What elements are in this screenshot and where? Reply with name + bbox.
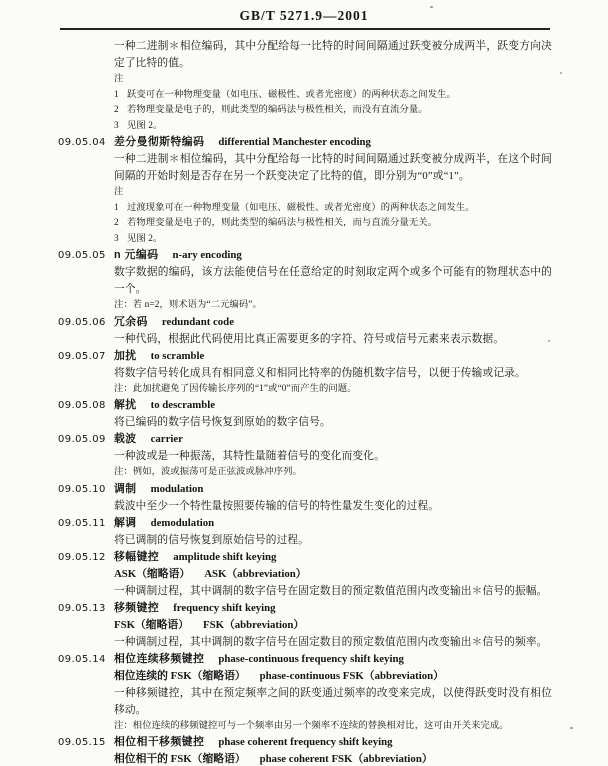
continued-term-entry: 一种二进制＊相位编码，其中分配给每一比特的时间间隔通过跃变被分成两半，跃变方向决… [58, 38, 552, 134]
note-item: 2若物理变量是电子的，则此类型的编码法与极性相关，而没有直流分量。 [114, 103, 552, 119]
term-number: 09.05.15 [58, 735, 112, 751]
term-name-english: carrier [151, 433, 183, 445]
definition-text: 载波中至少一个特性量按照要传输的信号的特性量发生变化的过程。 [114, 498, 552, 515]
term-heading: 调制modulation [114, 481, 552, 498]
abbreviation-chinese: 相位连续的 FSK（缩略语） [114, 670, 246, 682]
term-entry: 09.05.11解调demodulation将已调制的信号恢复到原始信号的过程。 [58, 515, 552, 549]
term-heading: 冗余码redundant code [114, 314, 552, 331]
term-heading: 解扰to descramble [114, 397, 552, 414]
term-entry: 09.05.06冗余码redundant code一种代码，根据此代码使用比真正… [58, 314, 552, 348]
note-number: 3 [114, 119, 127, 135]
abbreviation-english: ASK（abbreviation） [204, 568, 306, 580]
abbreviation-english: phase coherent FSK（abbreviation） [260, 753, 433, 765]
term-number: 09.05.07 [58, 349, 112, 365]
scan-speck [560, 72, 562, 74]
note-text: 若物理变量是电子的，则此类型的编码法与极性相关，而与直流分量无关。 [127, 216, 552, 232]
term-name-chinese: 差分曼彻斯特编码 [114, 136, 204, 148]
term-number: 09.05.05 [58, 248, 112, 264]
term-heading: 解调demodulation [114, 515, 552, 532]
term-name-chinese: 移幅键控 [114, 551, 159, 563]
scan-speck [570, 727, 573, 729]
document-page: GB/T 5271.9—2001 一种二进制＊相位编码，其中分配给每一比特的时间… [0, 0, 608, 766]
note-number: 1 [114, 88, 127, 104]
note-number: 3 [114, 232, 127, 248]
note-number: 2 [114, 216, 127, 232]
term-name-chinese: 调制 [114, 483, 137, 495]
term-name-chinese: 相位相干移频键控 [114, 736, 204, 748]
note-item: 注：此加扰避免了因传输长序列的“1”或“0”而产生的问题。 [114, 382, 552, 398]
term-name-english: n-ary encoding [173, 249, 242, 261]
abbreviation-chinese: FSK（缩略语） [114, 619, 189, 631]
term-name-english: to scramble [151, 350, 205, 362]
note-text: 过渡现象可在一种物理变量（如电压、磁极性、或者光密度）的两种状态之间发生。 [127, 201, 552, 217]
note-item: 注：相位连续的移频键控可与一个频率由另一个频率不连续的替换相对比，这可由开关来完… [114, 719, 552, 735]
term-entry: 09.05.05n 元编码n-ary encoding数字数据的编码，该方法能使… [58, 247, 552, 314]
scan-speck [430, 6, 433, 8]
term-number: 09.05.04 [58, 135, 112, 151]
definition-text: 一种调制过程，其中调制的数字信号在固定数目的预定数值范围内改变输出＊信号的频率。 [114, 634, 552, 651]
term-abbreviation: 相位连续的 FSK（缩略语）phase-continuous FSK（abbre… [114, 668, 552, 685]
term-name-english: frequency shift keying [173, 602, 275, 614]
term-heading: 移幅键控amplitude shift keying [114, 549, 552, 566]
term-number: 09.05.14 [58, 652, 112, 668]
definition-text: 将已调制的信号恢复到原始信号的过程。 [114, 532, 552, 549]
term-entry: 09.05.12移幅键控amplitude shift keyingASK（缩略… [58, 549, 552, 600]
definition-text: 一种二进制＊相位编码，其中分配给每一比特的时间间隔通过跃变被分成两半，在这个时间… [114, 151, 552, 185]
term-name-english: amplitude shift keying [173, 551, 276, 563]
term-entry: 09.05.14相位连续移频键控phase-continuous frequen… [58, 651, 552, 735]
term-entry: 09.05.13移频键控frequency shift keyingFSK（缩略… [58, 600, 552, 651]
definition-text: 一种调制过程，其中调制的数字信号在固定数目的预定数值范围内改变输出＊信号的振幅。 [114, 583, 552, 600]
note-item: 2若物理变量是电子的，则此类型的编码法与极性相关，而与直流分量无关。 [114, 216, 552, 232]
term-number: 09.05.08 [58, 398, 112, 414]
note-item: 3见图 2。 [114, 232, 552, 248]
term-heading: 相位连续移频键控phase-continuous frequency shift… [114, 651, 552, 668]
note-heading: 注 [114, 72, 552, 88]
header-rule [60, 28, 550, 30]
standard-number: GB/T 5271.9—2001 [0, 7, 608, 25]
note-text: 注：相位连续的移频键控可与一个频率由另一个频率不连续的替换相对比，这可由开关来完… [114, 719, 552, 735]
note-text: 见图 2。 [127, 119, 552, 135]
term-name-chinese: 载波 [114, 433, 137, 445]
note-item: 注：例如，波或振荡可是正弦波或脉冲序列。 [114, 465, 552, 481]
note-text: 注：此加扰避免了因传输长序列的“1”或“0”而产生的问题。 [114, 382, 552, 398]
term-name-chinese: 加扰 [114, 350, 137, 362]
note-item: 1跃变可在一种物理变量（如电压、磁极性、或者光密度）的两种状态之间发生。 [114, 88, 552, 104]
term-name-chinese: 冗余码 [114, 316, 148, 328]
term-heading: 载波carrier [114, 431, 552, 448]
term-name-english: differential Manchester encoding [218, 136, 371, 148]
note-heading: 注 [114, 185, 552, 201]
note-text: 注：若 n=2，则术语为“二元编码”。 [114, 298, 552, 314]
term-entry: 09.05.10调制modulation载波中至少一个特性量按照要传输的信号的特… [58, 481, 552, 515]
term-name-english: phase coherent frequency shift keying [218, 736, 392, 748]
note-text: 注：例如，波或振荡可是正弦波或脉冲序列。 [114, 465, 552, 481]
note-text: 见图 2。 [127, 232, 552, 248]
abbreviation-english: phase-continuous FSK（abbreviation） [260, 670, 444, 682]
term-heading: 差分曼彻斯特编码differential Manchester encoding [114, 134, 552, 151]
note-number: 1 [114, 201, 127, 217]
term-heading: 加扰to scramble [114, 348, 552, 365]
page-header: GB/T 5271.9—2001 [0, 0, 608, 30]
term-name-chinese: n 元编码 [114, 249, 159, 261]
term-name-chinese: 解扰 [114, 399, 137, 411]
note-text: 若物理变量是电子的，则此类型的编码法与极性相关，而没有直流分量。 [127, 103, 552, 119]
term-abbreviation: 相位相干的 FSK（缩略语）phase coherent FSK（abbrevi… [114, 751, 552, 766]
term-entry: 09.05.04差分曼彻斯特编码differential Manchester … [58, 134, 552, 247]
term-name-english: to descramble [151, 399, 215, 411]
term-entry: 09.05.07加扰to scramble将数字信号转化成具有相同意义和相同比特… [58, 348, 552, 398]
term-heading: 相位相干移频键控phase coherent frequency shift k… [114, 734, 552, 751]
terms-list: 一种二进制＊相位编码，其中分配给每一比特的时间间隔通过跃变被分成两半，跃变方向决… [58, 38, 552, 766]
term-entry: 09.05.09载波carrier一种波或是一种振荡，其特性量随着信号的变化而变… [58, 431, 552, 481]
definition-text: 一种移频键控，其中在预定频率之间的跃变通过频率的改变来完成，以使得跃变时没有相位… [114, 685, 552, 719]
abbreviation-chinese: 相位相干的 FSK（缩略语） [114, 753, 246, 765]
note-text: 跃变可在一种物理变量（如电压、磁极性、或者光密度）的两种状态之间发生。 [127, 88, 552, 104]
definition-text: 一种波或是一种振荡，其特性量随着信号的变化而变化。 [114, 448, 552, 465]
term-number: 09.05.13 [58, 601, 112, 617]
term-number: 09.05.06 [58, 315, 112, 331]
note-item: 1过渡现象可在一种物理变量（如电压、磁极性、或者光密度）的两种状态之间发生。 [114, 201, 552, 217]
definition-text: 一种二进制＊相位编码，其中分配给每一比特的时间间隔通过跃变被分成两半，跃变方向决… [114, 38, 552, 72]
term-entry: 09.05.08解扰to descramble将已编码的数字信号恢复到原始的数字… [58, 397, 552, 431]
term-name-chinese: 解调 [114, 517, 137, 529]
term-number: 09.05.09 [58, 432, 112, 448]
definition-text: 将已编码的数字信号恢复到原始的数字信号。 [114, 414, 552, 431]
term-heading: n 元编码n-ary encoding [114, 247, 552, 264]
term-name-english: phase-continuous frequency shift keying [218, 653, 403, 665]
term-name-chinese: 移频键控 [114, 602, 159, 614]
note-item: 3见图 2。 [114, 119, 552, 135]
definition-text: 将数字信号转化成具有相同意义和相同比特率的伪随机数字信号，以便于传输或记录。 [114, 365, 552, 382]
term-entry: 09.05.15相位相干移频键控phase coherent frequency… [58, 734, 552, 766]
term-name-english: redundant code [162, 316, 234, 328]
definition-text: 数字数据的编码，该方法能使信号在任意给定的时刻取定两个或多个可能有的物理状态中的… [114, 264, 552, 298]
note-number: 2 [114, 103, 127, 119]
term-number: 09.05.12 [58, 550, 112, 566]
definition-text: 一种代码，根据此代码使用比真正需要更多的字符、符号或信号元素来表示数据。 [114, 331, 552, 348]
term-name-chinese: 相位连续移频键控 [114, 653, 204, 665]
note-item: 注：若 n=2，则术语为“二元编码”。 [114, 298, 552, 314]
abbreviation-english: FSK（abbreviation） [203, 619, 304, 631]
term-number: 09.05.11 [58, 516, 112, 532]
term-name-english: modulation [151, 483, 204, 495]
abbreviation-chinese: ASK（缩略语） [114, 568, 190, 580]
term-heading: 移频键控frequency shift keying [114, 600, 552, 617]
term-name-english: demodulation [151, 517, 215, 529]
term-number: 09.05.10 [58, 482, 112, 498]
term-abbreviation: ASK（缩略语）ASK（abbreviation） [114, 566, 552, 583]
term-abbreviation: FSK（缩略语）FSK（abbreviation） [114, 617, 552, 634]
